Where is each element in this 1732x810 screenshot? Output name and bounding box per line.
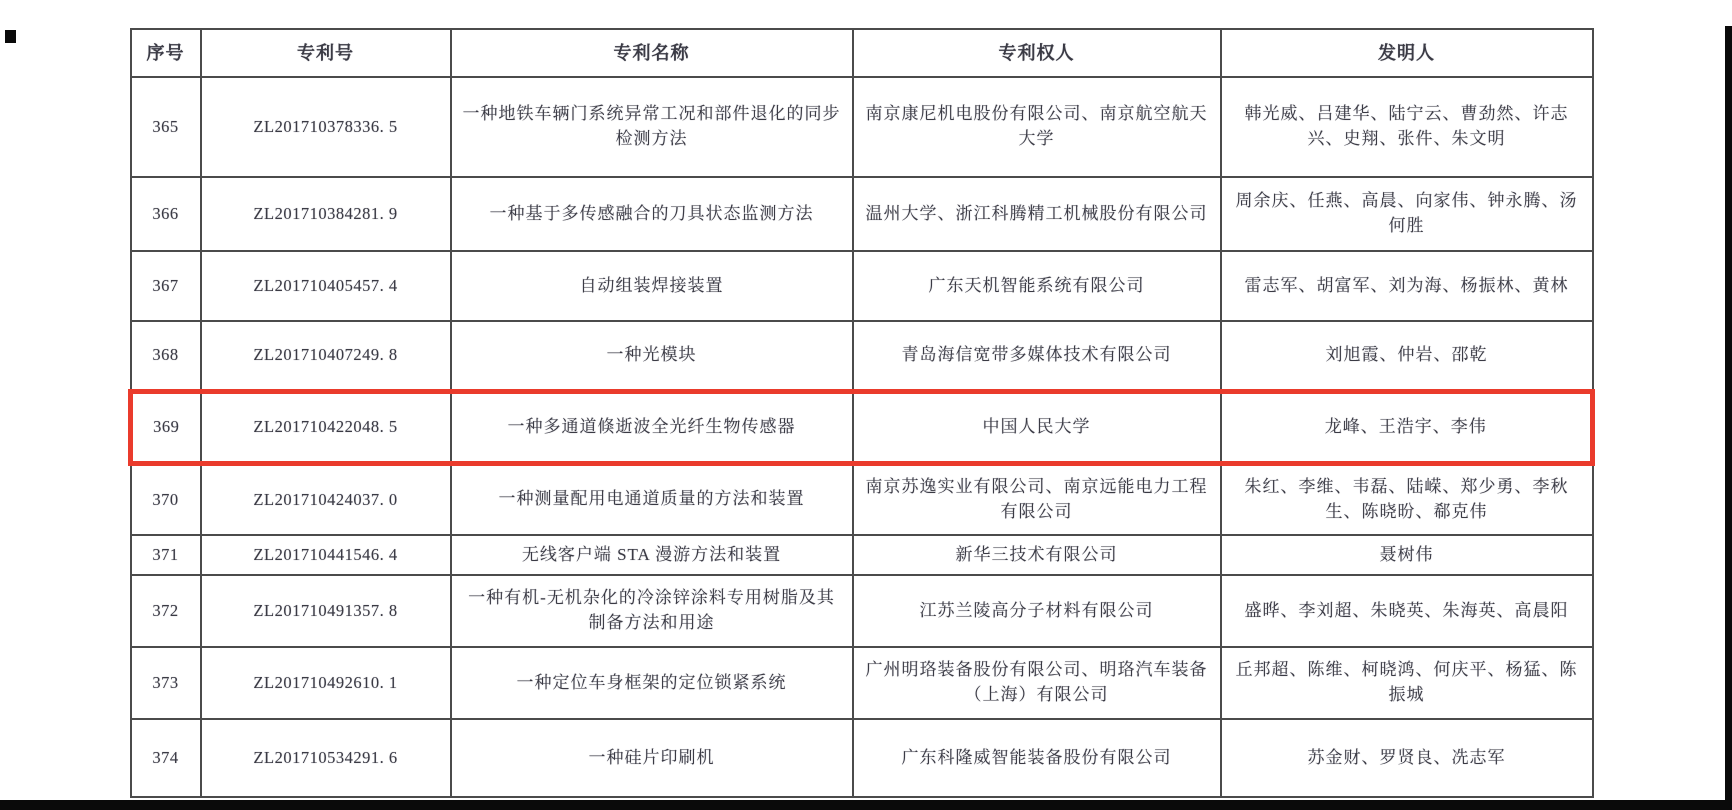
cell-patentee: 中国人民大学 bbox=[853, 391, 1221, 463]
cell-patentee: 江苏兰陵高分子材料有限公司 bbox=[853, 575, 1221, 647]
patent-table: 序号专利号专利名称专利权人发明人 365ZL201710378336. 5一种地… bbox=[128, 28, 1595, 798]
cell-inventors: 丘邦超、陈维、柯晓鸿、何庆平、杨猛、陈振城 bbox=[1221, 647, 1593, 719]
cell-no: 367 bbox=[131, 251, 201, 321]
header-row: 序号专利号专利名称专利权人发明人 bbox=[131, 29, 1593, 77]
cell-no: 370 bbox=[131, 463, 201, 535]
cell-no: 371 bbox=[131, 535, 201, 575]
cell-patent_no: ZL201710491357. 8 bbox=[201, 575, 451, 647]
column-header-inventors: 发明人 bbox=[1221, 29, 1593, 77]
scan-artifact-top-left bbox=[5, 30, 16, 43]
cell-patent_no: ZL201710405457. 4 bbox=[201, 251, 451, 321]
cell-patent_name: 一种多通道倏逝波全光纤生物传感器 bbox=[451, 391, 853, 463]
cell-patent_no: ZL201710384281. 9 bbox=[201, 177, 451, 251]
table-row: 365ZL201710378336. 5一种地铁车辆门系统异常工况和部件退化的同… bbox=[131, 77, 1593, 177]
cell-patentee: 温州大学、浙江科腾精工机械股份有限公司 bbox=[853, 177, 1221, 251]
cell-patent_no: ZL201710407249. 8 bbox=[201, 321, 451, 391]
column-header-patent_name: 专利名称 bbox=[451, 29, 853, 77]
cell-inventors: 聂树伟 bbox=[1221, 535, 1593, 575]
patent-table-body: 365ZL201710378336. 5一种地铁车辆门系统异常工况和部件退化的同… bbox=[131, 77, 1593, 797]
cell-inventors: 周余庆、任燕、高晨、向家伟、钟永腾、汤何胜 bbox=[1221, 177, 1593, 251]
cell-patent_name: 一种测量配用电通道质量的方法和装置 bbox=[451, 463, 853, 535]
scan-artifact-bottom-edge bbox=[0, 800, 1732, 810]
cell-no: 366 bbox=[131, 177, 201, 251]
cell-patent_no: ZL201710441546. 4 bbox=[201, 535, 451, 575]
cell-patent_name: 一种基于多传感融合的刀具状态监测方法 bbox=[451, 177, 853, 251]
cell-patentee: 新华三技术有限公司 bbox=[853, 535, 1221, 575]
cell-patent_name: 一种有机-无机杂化的冷涂锌涂料专用树脂及其制备方法和用途 bbox=[451, 575, 853, 647]
cell-patentee: 青岛海信宽带多媒体技术有限公司 bbox=[853, 321, 1221, 391]
cell-patent_name: 一种定位车身框架的定位锁紧系统 bbox=[451, 647, 853, 719]
table-row: 372ZL201710491357. 8一种有机-无机杂化的冷涂锌涂料专用树脂及… bbox=[131, 575, 1593, 647]
cell-patent_name: 自动组装焊接装置 bbox=[451, 251, 853, 321]
cell-patent_name: 一种硅片印刷机 bbox=[451, 719, 853, 797]
cell-no: 368 bbox=[131, 321, 201, 391]
table-row: 366ZL201710384281. 9一种基于多传感融合的刀具状态监测方法温州… bbox=[131, 177, 1593, 251]
cell-patentee: 南京苏逸实业有限公司、南京远能电力工程有限公司 bbox=[853, 463, 1221, 535]
cell-patentee: 广东天机智能系统有限公司 bbox=[853, 251, 1221, 321]
scan-artifact-right-edge bbox=[1725, 26, 1732, 810]
cell-patent_name: 一种光模块 bbox=[451, 321, 853, 391]
cell-inventors: 韩光威、吕建华、陆宁云、曹劲然、许志兴、史翔、张件、朱文明 bbox=[1221, 77, 1593, 177]
cell-no: 372 bbox=[131, 575, 201, 647]
cell-no: 373 bbox=[131, 647, 201, 719]
cell-inventors: 雷志军、胡富军、刘为海、杨振林、黄林 bbox=[1221, 251, 1593, 321]
column-header-patent_no: 专利号 bbox=[201, 29, 451, 77]
document-page: { "page": { "background_color": "#ffffff… bbox=[0, 0, 1732, 810]
cell-inventors: 朱红、李维、韦磊、陆嵘、郑少勇、李秋生、陈晓昐、郗克伟 bbox=[1221, 463, 1593, 535]
table-row: 368ZL201710407249. 8一种光模块青岛海信宽带多媒体技术有限公司… bbox=[131, 321, 1593, 391]
cell-patentee: 广东科隆威智能装备股份有限公司 bbox=[853, 719, 1221, 797]
cell-inventors: 盛晔、李刘超、朱晓英、朱海英、高晨阳 bbox=[1221, 575, 1593, 647]
patent-table-container: 序号专利号专利名称专利权人发明人 365ZL201710378336. 5一种地… bbox=[128, 28, 1590, 798]
cell-no: 365 bbox=[131, 77, 201, 177]
cell-patent_no: ZL201710378336. 5 bbox=[201, 77, 451, 177]
cell-inventors: 苏金财、罗贤良、冼志军 bbox=[1221, 719, 1593, 797]
cell-patent_no: ZL201710422048. 5 bbox=[201, 391, 451, 463]
cell-patent_no: ZL201710492610. 1 bbox=[201, 647, 451, 719]
table-row-highlighted: 369ZL201710422048. 5一种多通道倏逝波全光纤生物传感器中国人民… bbox=[131, 391, 1593, 463]
cell-inventors: 龙峰、王浩宇、李伟 bbox=[1221, 391, 1593, 463]
cell-patent_no: ZL201710424037. 0 bbox=[201, 463, 451, 535]
column-header-no: 序号 bbox=[131, 29, 201, 77]
cell-patent_no: ZL201710534291. 6 bbox=[201, 719, 451, 797]
table-row: 374ZL201710534291. 6一种硅片印刷机广东科隆威智能装备股份有限… bbox=[131, 719, 1593, 797]
cell-patentee: 广州明珞装备股份有限公司、明珞汽车装备（上海）有限公司 bbox=[853, 647, 1221, 719]
table-row: 373ZL201710492610. 1一种定位车身框架的定位锁紧系统广州明珞装… bbox=[131, 647, 1593, 719]
cell-patent_name: 无线客户端 STA 漫游方法和装置 bbox=[451, 535, 853, 575]
table-row: 371ZL201710441546. 4无线客户端 STA 漫游方法和装置新华三… bbox=[131, 535, 1593, 575]
cell-inventors: 刘旭霞、仲岩、邵乾 bbox=[1221, 321, 1593, 391]
column-header-patentee: 专利权人 bbox=[853, 29, 1221, 77]
cell-patentee: 南京康尼机电股份有限公司、南京航空航天大学 bbox=[853, 77, 1221, 177]
cell-patent_name: 一种地铁车辆门系统异常工况和部件退化的同步检测方法 bbox=[451, 77, 853, 177]
patent-table-header: 序号专利号专利名称专利权人发明人 bbox=[131, 29, 1593, 77]
cell-no: 374 bbox=[131, 719, 201, 797]
cell-no: 369 bbox=[131, 391, 201, 463]
table-row: 370ZL201710424037. 0一种测量配用电通道质量的方法和装置南京苏… bbox=[131, 463, 1593, 535]
table-row: 367ZL201710405457. 4自动组装焊接装置广东天机智能系统有限公司… bbox=[131, 251, 1593, 321]
